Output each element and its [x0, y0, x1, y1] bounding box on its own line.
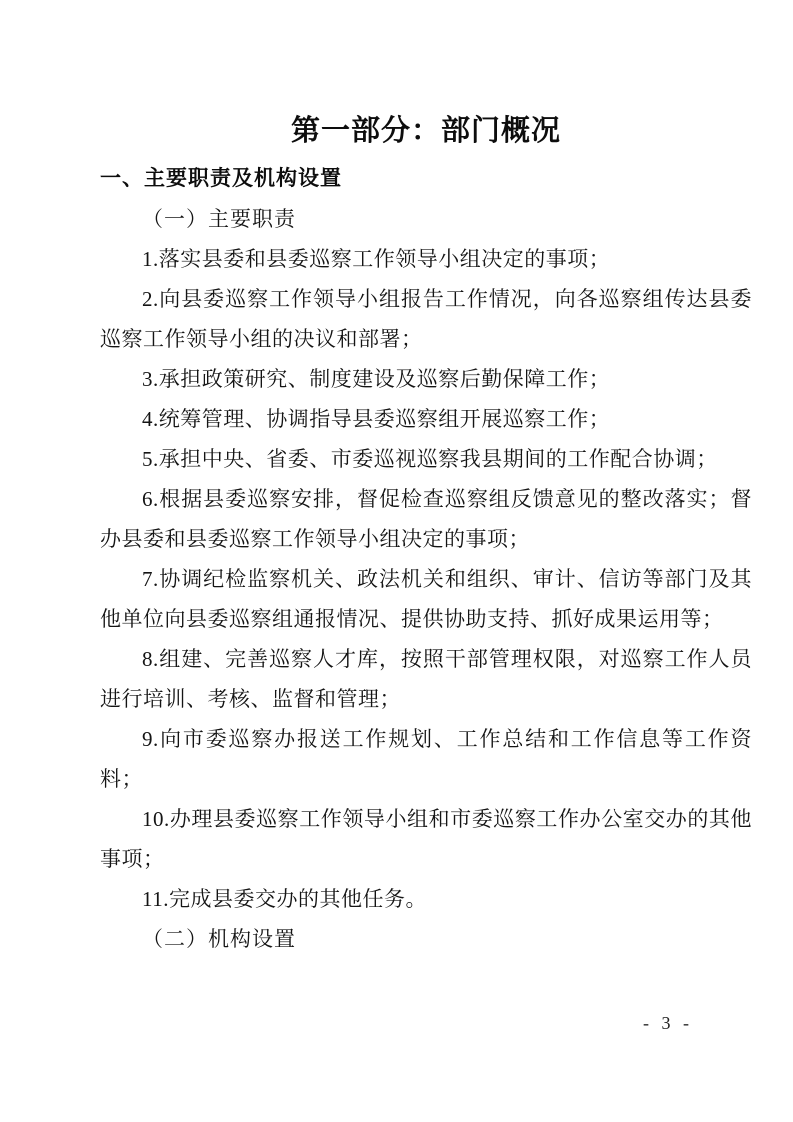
duty-item-5: 5.承担中央、省委、市委巡视巡察我县期间的工作配合协调； [100, 439, 752, 479]
document-content: 第一部分：部门概况 一、主要职责及机构设置 （一）主要职责 1.落实县委和县委巡… [100, 0, 752, 959]
duty-item-2: 2.向县委巡察工作领导小组报告工作情况，向各巡察组传达县委巡察工作领导小组的决议… [100, 279, 752, 359]
page-number: - 3 - [643, 1010, 693, 1036]
duty-item-7: 7.协调纪检监察机关、政法机关和组织、审计、信访等部门及其他单位向县委巡察组通报… [100, 559, 752, 639]
duty-item-6: 6.根据县委巡察安排，督促检查巡察组反馈意见的整改落实；督办县委和县委巡察工作领… [100, 479, 752, 559]
duty-item-10: 10.办理县委巡察工作领导小组和市委巡察工作办公室交办的其他事项； [100, 799, 752, 879]
duty-item-1: 1.落实县委和县委巡察工作领导小组决定的事项； [100, 239, 752, 279]
duty-item-9: 9.向市委巡察办报送工作规划、工作总结和工作信息等工作资料； [100, 719, 752, 799]
subsection-heading-organization-setup: （二）机构设置 [100, 919, 752, 959]
document-title: 第一部分：部门概况 [100, 110, 752, 152]
section-heading-main-duties-and-structure: 一、主要职责及机构设置 [100, 159, 752, 199]
duty-item-8: 8.组建、完善巡察人才库，按照干部管理权限，对巡察工作人员进行培训、考核、监督和… [100, 639, 752, 719]
subsection-heading-main-duties: （一）主要职责 [100, 199, 752, 239]
duty-item-11: 11.完成县委交办的其他任务。 [100, 879, 752, 919]
document-page: 第一部分：部门概况 一、主要职责及机构设置 （一）主要职责 1.落实县委和县委巡… [0, 0, 793, 1122]
duty-item-3: 3.承担政策研究、制度建设及巡察后勤保障工作； [100, 359, 752, 399]
duty-item-4: 4.统筹管理、协调指导县委巡察组开展巡察工作； [100, 399, 752, 439]
